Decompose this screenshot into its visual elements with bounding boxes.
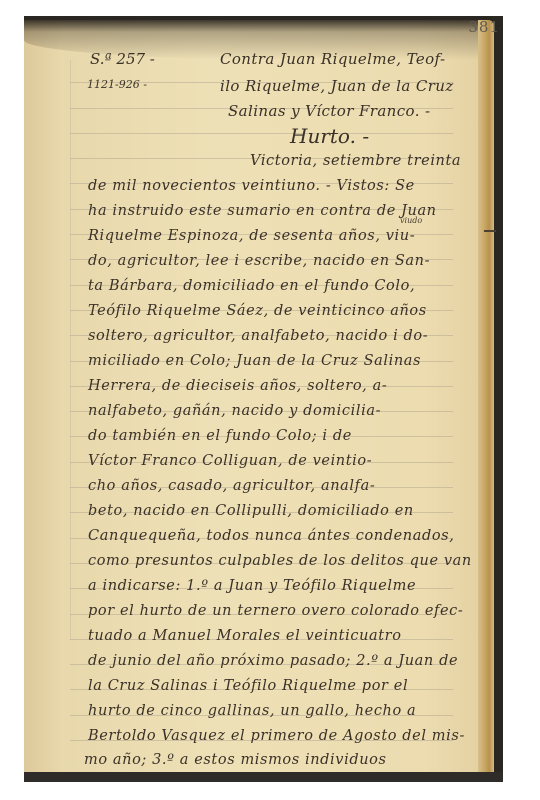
margin-case-number: S.ª 257 - bbox=[90, 50, 155, 68]
body-line: Herrera, de dieciseis años, soltero, a- bbox=[88, 378, 387, 394]
body-line: do también en el fundo Colo; i de bbox=[88, 428, 352, 444]
header-line-3: Salinas y Víctor Franco. - bbox=[228, 102, 431, 120]
margin-dash-mark bbox=[484, 230, 496, 232]
body-line: como presuntos culpables de los delitos … bbox=[88, 553, 472, 569]
body-line: a indicarse: 1.º a Juan y Teófilo Riquel… bbox=[88, 578, 416, 594]
header-line-1: Contra Juan Riquelme, Teof- bbox=[220, 50, 445, 68]
body-line: beto, nacido en Collipulli, domiciliado … bbox=[88, 503, 414, 519]
page-edge bbox=[478, 20, 494, 772]
body-line: de junio del año próximo pasado; 2.º a J… bbox=[88, 653, 458, 669]
body-line: de mil novecientos veintiuno. - Vistos: … bbox=[88, 178, 415, 194]
body-line: miciliado en Colo; Juan de la Cruz Salin… bbox=[88, 353, 421, 369]
body-line: Bertoldo Vasquez el primero de Agosto de… bbox=[88, 728, 465, 744]
body-line: Canquequeña, todos nunca ántes condenado… bbox=[88, 528, 454, 544]
header-line-2: ilo Riquelme, Juan de la Cruz bbox=[220, 77, 454, 95]
body-line: la Cruz Salinas i Teófilo Riquelme por e… bbox=[88, 678, 408, 694]
margin-folio-range: 1121-926 - bbox=[87, 78, 147, 91]
body-line: por el hurto de un ternero overo colorad… bbox=[88, 603, 463, 619]
body-line: cho años, casado, agricultor, analfa- bbox=[88, 478, 375, 494]
body-line: Teófilo Riquelme Sáez, de veinticinco añ… bbox=[88, 303, 427, 319]
body-line: hurto de cinco gallinas, un gallo, hecho… bbox=[88, 703, 416, 719]
body-line: tuado a Manuel Morales el veinticuatro bbox=[88, 628, 402, 644]
page-number: 381 bbox=[468, 18, 500, 36]
document-title: Hurto. - bbox=[290, 124, 369, 148]
page-bottom-shadow bbox=[24, 772, 503, 782]
body-line: nalfabeto, gañán, nacido y domicilia- bbox=[88, 403, 381, 419]
body-line: ta Bárbara, domiciliado en el fundo Colo… bbox=[88, 278, 415, 294]
body-line: Víctor Franco Colliguan, de veintio- bbox=[88, 453, 372, 469]
body-line: ha instruido este sumario en contra de J… bbox=[88, 203, 437, 219]
body-line: Riquelme Espinoza, de sesenta años, viu- bbox=[88, 228, 415, 244]
body-line: do, agricultor, lee i escribe, nacido en… bbox=[88, 253, 430, 269]
body-line: Victoria, setiembre treinta bbox=[250, 153, 461, 169]
body-line: soltero, agricultor, analfabeto, nacido … bbox=[88, 328, 428, 344]
body-line: mo año; 3.º a estos mismos individuos bbox=[84, 752, 387, 768]
